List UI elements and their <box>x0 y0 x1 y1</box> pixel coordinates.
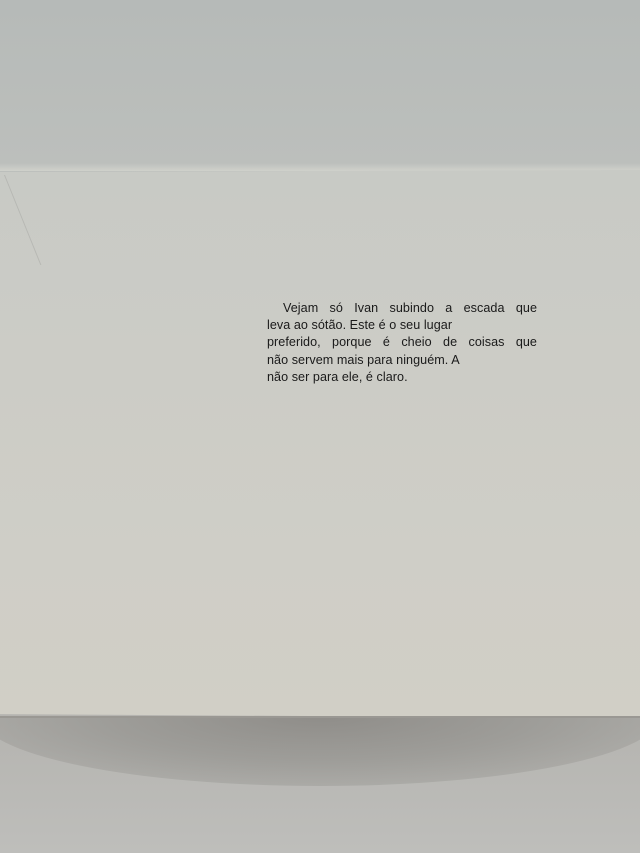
paragraph-line: não ser para ele, é claro. <box>267 369 537 386</box>
paragraph-line: leva ao sótão. Este é o seu lugar <box>267 317 537 334</box>
paragraph-line: não servem mais para ninguém. A <box>267 352 537 369</box>
paragraph-line: preferido, porque é cheio de coisas que <box>267 334 537 351</box>
page-bottom-edge <box>0 716 640 718</box>
story-paragraph: Vejam só Ivan subindo a escada que leva … <box>267 300 537 386</box>
page-top-edge <box>0 163 640 171</box>
paragraph-line: Vejam só Ivan subindo a escada que <box>267 300 537 317</box>
